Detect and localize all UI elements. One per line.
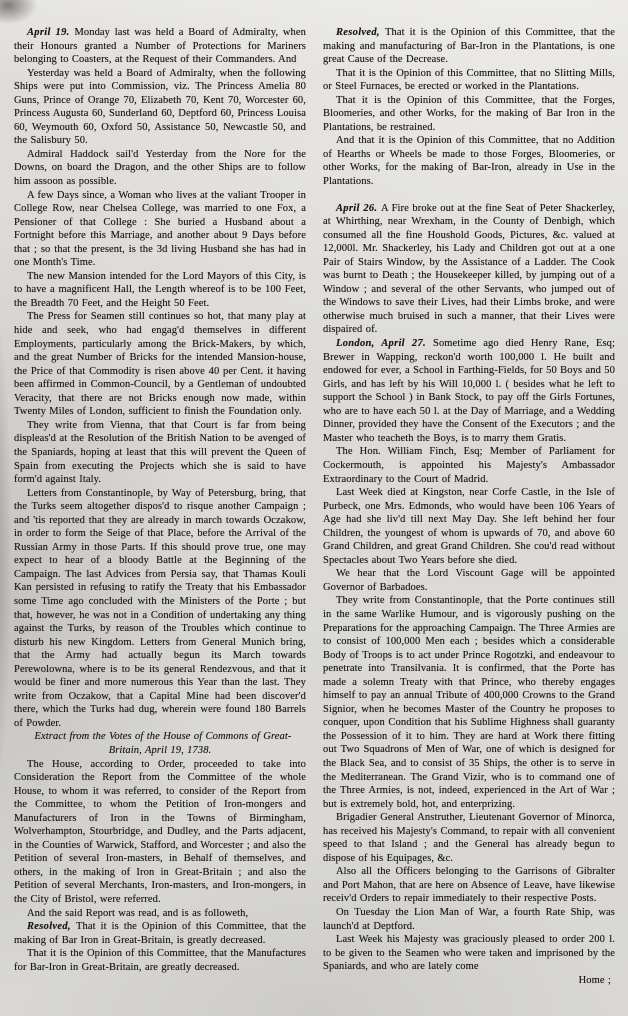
paragraph: The Hon. William Finch, Esq; Member of P… bbox=[323, 445, 615, 486]
paragraph: Last Week died at Kingston, near Corfe C… bbox=[323, 486, 615, 567]
paragraph: Yesterday was held a Board of Admiralty,… bbox=[14, 67, 306, 148]
left-column: April 19. Monday last was held a Board o… bbox=[14, 26, 306, 1006]
newspaper-page: April 19. Monday last was held a Board o… bbox=[0, 0, 628, 1016]
paragraph: April 19. Monday last was held a Board o… bbox=[14, 26, 306, 67]
paragraph: The new Mansion intended for the Lord Ma… bbox=[14, 270, 306, 311]
paragraph: The House, according to Order, proceeded… bbox=[14, 758, 306, 907]
paragraph: That it is the Opinion of this Committee… bbox=[323, 67, 615, 94]
paragraph: Resolved, That it is the Opinion of this… bbox=[323, 26, 615, 67]
paragraph: Letters from Constantinople, by Way of P… bbox=[14, 487, 306, 731]
paragraph-lead: April 26. bbox=[336, 203, 381, 214]
right-column: Resolved, That it is the Opinion of this… bbox=[323, 26, 615, 1006]
paragraph: And that it is the Opinion of this Commi… bbox=[323, 134, 615, 188]
paragraph: On Tuesday the Lion Man of War, a fourth… bbox=[323, 906, 615, 933]
paragraph: A few Days since, a Woman who lives at t… bbox=[14, 189, 306, 270]
scan-smudge bbox=[0, 300, 12, 800]
paragraph: April 26. A Fire broke out at the fine S… bbox=[323, 202, 615, 337]
paragraph-lead: London, April 27. bbox=[336, 338, 433, 349]
section-heading: Extract from the Votes of the House of C… bbox=[14, 730, 306, 757]
paragraph: Also all the Officers belonging to the G… bbox=[323, 865, 615, 906]
paragraph: Brigadier General Anstruther, Lieutenant… bbox=[323, 811, 615, 865]
paragraph-lead: April 19. bbox=[27, 27, 74, 38]
paragraph: They write from Constantinople, that the… bbox=[323, 594, 615, 811]
paragraph: That it is the Opinion of this Committee… bbox=[14, 947, 306, 974]
scan-smudge bbox=[0, 0, 40, 26]
paragraph: They write from Vienna, that that Court … bbox=[14, 419, 306, 487]
paragraph: And the said Report was read, and is as … bbox=[14, 907, 306, 921]
paragraph-lead: Resolved, bbox=[336, 27, 385, 38]
paragraph: The Press for Seamen still continues so … bbox=[14, 310, 306, 418]
two-column-text-layout: April 19. Monday last was held a Board o… bbox=[14, 26, 616, 1006]
paragraph: We hear that the Lord Viscount Gage will… bbox=[323, 567, 615, 594]
paragraph: That it is the Opinion of this Committee… bbox=[323, 94, 615, 135]
paragraph: Admiral Haddock sail'd Yesterday from th… bbox=[14, 148, 306, 189]
paragraph: Resolved, That it is the Opinion of this… bbox=[14, 920, 306, 947]
paragraph: Home ; bbox=[323, 974, 615, 988]
paragraph: Last Week his Majesty was graciously ple… bbox=[323, 933, 615, 974]
paragraph: London, April 27. Sometime ago died Henr… bbox=[323, 337, 615, 445]
paragraph-lead: Resolved, bbox=[27, 921, 76, 932]
